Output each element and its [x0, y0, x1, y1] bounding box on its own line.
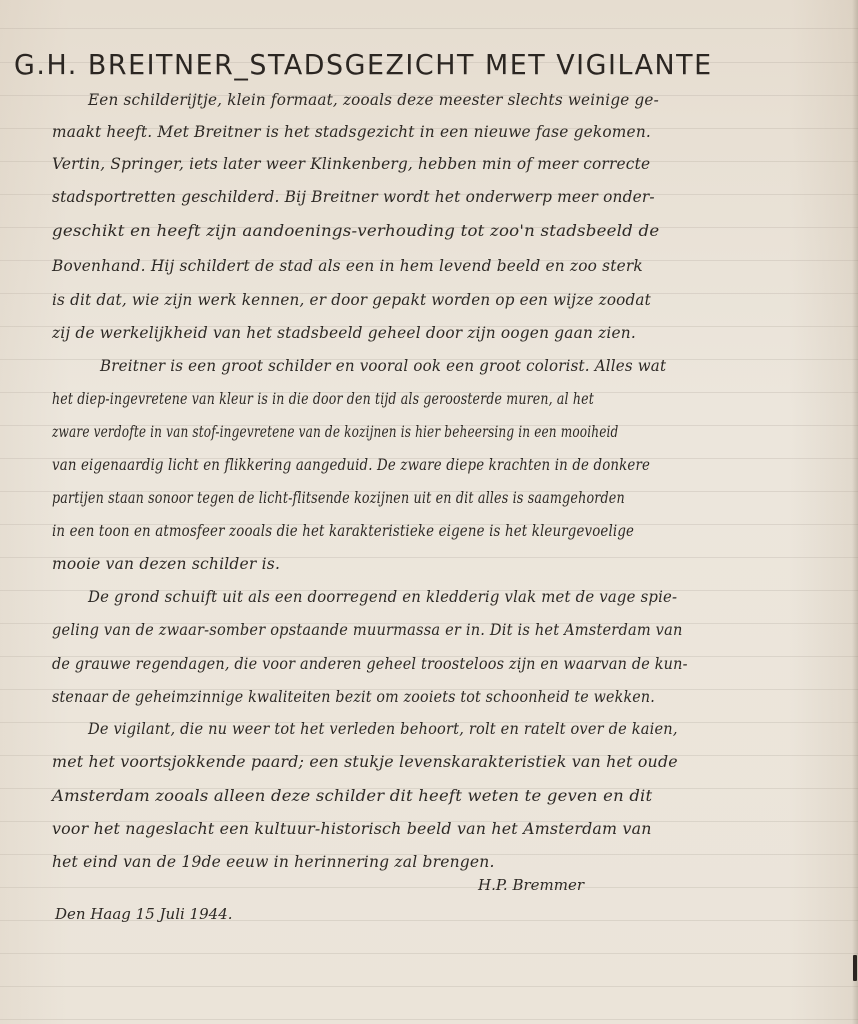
text-line: Een schilderijtje, klein formaat, zooals… [88, 91, 659, 109]
text-line: Breitner is een groot schilder en vooral… [100, 357, 666, 375]
text-line: stenaar de geheimzinnige kwaliteiten bez… [52, 688, 655, 706]
text-line: het eind van de 19de eeuw in herinnering… [52, 853, 495, 871]
text-line: De grond schuift uit als een doorregend … [88, 588, 677, 606]
text-line: voor het nageslacht een kultuur-historis… [52, 820, 652, 838]
text-line: met het voortsjokkende paard; een stukje… [52, 753, 678, 771]
text-line: mooie van dezen schilder is. [52, 555, 280, 573]
text-line: maakt heeft. Met Breitner is het stadsge… [52, 123, 651, 141]
text-line: van eigenaardig licht en flikkering aang… [52, 456, 650, 474]
text-line: geschikt en heeft zijn aandoenings-verho… [52, 222, 659, 240]
text-line: is dit dat, wie zijn werk kennen, er doo… [52, 291, 651, 309]
text-line: het diep-ingevretene van kleur is in die… [52, 390, 594, 408]
document-title: G.H. BREITNER_STADSGEZICHT MET VIGILANTE [14, 48, 713, 81]
page-edge-shadow [852, 0, 858, 1024]
text-line: zij de werkelijkheid van het stadsbeeld … [52, 324, 636, 342]
text-line: Bovenhand. Hij schildert de stad als een… [52, 257, 643, 275]
text-line: de grauwe regendagen, die voor anderen g… [52, 655, 688, 673]
text-line: partijen staan sonoor tegen de licht-fli… [52, 489, 625, 507]
text-line: Vertin, Springer, iets later weer Klinke… [52, 155, 650, 173]
text-line: Amsterdam zooals alleen deze schilder di… [52, 787, 652, 805]
text-line: geling van de zwaar-somber opstaande muu… [52, 621, 683, 639]
text-line: stadsportretten geschilderd. Bij Breitne… [52, 188, 655, 206]
text-line: in een toon en atmosfeer zooals die het … [52, 522, 634, 540]
text-line: De vigilant, die nu weer tot het verlede… [88, 720, 678, 738]
page-edge-mark [853, 955, 857, 981]
text-line: zware verdofte in van stof-ingevretene v… [52, 423, 618, 441]
signature: H.P. Bremmer [478, 876, 584, 894]
dateline: Den Haag 15 Juli 1944. [55, 905, 233, 923]
